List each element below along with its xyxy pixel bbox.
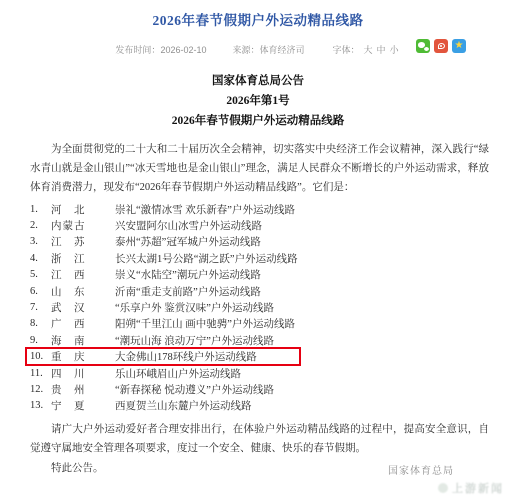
route-number: 5.	[30, 269, 51, 280]
route-number: 7.	[30, 302, 51, 313]
font-size-label: 字体：	[333, 45, 360, 55]
route-region: 江 苏	[51, 234, 97, 249]
routes-list: 1. 河 北 崇礼“激情冰雪 欢乐新春”户外运动线路 2. 内蒙古 兴安盟阿尔山…	[0, 197, 516, 414]
route-list-item: 4. 浙 江 长兴太湖1号公路“湖之跃”户外运动线路	[30, 250, 489, 266]
route-list-item: 6. 山 东 沂南“重走支前路”户外运动线路	[30, 283, 489, 299]
page-title: 2026年春节假期户外运动精品线路	[0, 0, 516, 29]
route-list-item: 11. 四 川 乐山环峨眉山户外运动线路	[30, 365, 489, 381]
font-size-small-button[interactable]: 小	[390, 45, 399, 55]
route-number: 1.	[30, 204, 51, 215]
route-name: 崇礼“激情冰雪 欢乐新春”户外运动线路	[115, 202, 295, 217]
route-name: 大金佛山178环线户外运动线路	[115, 349, 257, 364]
route-list-item: 8. 广 西 阳朔“千里江山 画中驰骋”户外运动线路	[30, 316, 489, 332]
weibo-share-icon[interactable]	[434, 39, 448, 53]
route-list-item: 9. 海 南 “潮玩山海 浪动万宁”户外运动线路	[30, 332, 489, 348]
announcement-number-line: 2026年第1号	[0, 91, 516, 111]
route-name: 长兴太湖1号公路“湖之跃”户外运动线路	[115, 251, 298, 266]
route-row-content: 3. 江 苏 泰州“苏超”冠军城户外运动线路	[30, 234, 261, 249]
intro-section: 为全面贯彻党的二十大和二十届历次全会精神，切实落实中央经济工作会议精神，深入践行…	[0, 140, 516, 197]
route-region: 内蒙古	[51, 218, 97, 233]
qzone-star-share-icon[interactable]: ★	[452, 39, 466, 53]
route-region: 浙 江	[51, 251, 97, 266]
font-size-medium-button[interactable]: 中	[377, 45, 386, 55]
route-region: 山 东	[51, 284, 97, 299]
route-region: 重 庆	[51, 349, 97, 364]
route-row-content: 10. 重 庆 大金佛山178环线户外运动线路	[25, 347, 301, 366]
route-list-item: 12. 贵 州 “新春探秘 悦动遵义”户外运动线路	[30, 381, 489, 397]
route-number: 8.	[30, 318, 51, 329]
route-name: “新春探秘 悦动遵义”户外运动线路	[115, 382, 274, 397]
font-size-large-button[interactable]: 大	[364, 45, 373, 55]
route-name: 兴安盟阿尔山冰雪户外运动线路	[115, 218, 262, 233]
route-list-item: 3. 江 苏 泰州“苏超”冠军城户外运动线路	[30, 234, 489, 250]
route-row-content: 11. 四 川 乐山环峨眉山户外运动线路	[30, 366, 241, 381]
font-size-control: 字体：大中小	[331, 43, 401, 56]
route-name: 沂南“重走支前路”户外运动线路	[115, 284, 261, 299]
announcement-org-line: 国家体育总局公告	[0, 71, 516, 91]
route-name: 阳朔“千里江山 画中驰骋”户外运动线路	[115, 316, 295, 331]
route-number: 3.	[30, 236, 51, 247]
source-value: 体育经济司	[260, 45, 305, 55]
publish-time: 发布时间：2026-02-10	[115, 43, 206, 56]
route-number: 9.	[30, 335, 51, 346]
article-page: 2026年春节假期户外运动精品线路 发布时间：2026-02-10 来源：体育经…	[0, 0, 516, 500]
route-region: 江 西	[51, 267, 97, 282]
route-number: 10.	[30, 351, 51, 362]
news-watermark: 上游新闻	[438, 480, 504, 496]
route-list-item: 5. 江 西 崇义“水陆空”潮玩户外运动线路	[30, 267, 489, 283]
share-toolbar: ★	[416, 39, 466, 53]
route-number: 6.	[30, 286, 51, 297]
route-row-content: 1. 河 北 崇礼“激情冰雪 欢乐新春”户外运动线路	[30, 202, 295, 217]
route-region: 武 汉	[51, 300, 97, 315]
route-name: 西夏贺兰山东麓户外运动线路	[115, 398, 252, 413]
route-row-content: 2. 内蒙古 兴安盟阿尔山冰雪户外运动线路	[30, 218, 262, 233]
route-number: 2.	[30, 220, 51, 231]
route-number: 11.	[30, 368, 51, 379]
announcement-headings: 国家体育总局公告 2026年第1号 2026年春节假期户外运动精品线路	[0, 71, 516, 131]
source: 来源：体育经济司	[232, 43, 304, 56]
route-name: “乐享户外 鉴赏汉味”户外运动线路	[115, 300, 274, 315]
route-number: 12.	[30, 384, 51, 395]
closing-paragraph: 请广大户外运动爱好者合理安排出行，在体验户外运动精品线路的过程中，提高安全意识，…	[30, 420, 489, 458]
route-row-content: 9. 海 南 “潮玩山海 浪动万宁”户外运动线路	[30, 333, 274, 348]
route-number: 4.	[30, 253, 51, 264]
intro-paragraph: 为全面贯彻党的二十大和二十届历次全会精神，切实落实中央经济工作会议精神，深入践行…	[30, 140, 489, 197]
route-name: 乐山环峨眉山户外运动线路	[115, 366, 241, 381]
route-region: 广 西	[51, 316, 97, 331]
route-row-content: 5. 江 西 崇义“水陆空”潮玩户外运动线路	[30, 267, 261, 282]
route-region: 贵 州	[51, 382, 97, 397]
route-list-item: 2. 内蒙古 兴安盟阿尔山冰雪户外运动线路	[30, 217, 489, 233]
announcement-title-line: 2026年春节假期户外运动精品线路	[0, 111, 516, 131]
route-row-content: 6. 山 东 沂南“重走支前路”户外运动线路	[30, 284, 261, 299]
route-region: 河 北	[51, 202, 97, 217]
route-row-content: 12. 贵 州 “新春探秘 悦动遵义”户外运动线路	[30, 382, 274, 397]
route-list-item: 10. 重 庆 大金佛山178环线户外运动线路	[30, 349, 489, 365]
route-row-content: 4. 浙 江 长兴太湖1号公路“湖之跃”户外运动线路	[30, 251, 298, 266]
route-region: 四 川	[51, 366, 97, 381]
route-row-content: 7. 武 汉 “乐享户外 鉴赏汉味”户外运动线路	[30, 300, 274, 315]
watermark-text: 上游新闻	[452, 483, 504, 495]
route-row-content: 8. 广 西 阳朔“千里江山 画中驰骋”户外运动线路	[30, 316, 295, 331]
route-region: 宁 夏	[51, 398, 97, 413]
chat-bubble-shape	[424, 47, 429, 51]
issuer-signature: 国家体育总局	[388, 462, 454, 477]
weibo-eye-shape	[438, 43, 445, 49]
route-list-item: 1. 河 北 崇礼“激情冰雪 欢乐新春”户外运动线路	[30, 201, 489, 217]
route-list-item: 7. 武 汉 “乐享户外 鉴赏汉味”户外运动线路	[30, 299, 489, 315]
route-region: 海 南	[51, 333, 97, 348]
publish-time-value: 2026-02-10	[160, 45, 206, 55]
source-label: 来源：	[232, 45, 259, 55]
route-name: 崇义“水陆空”潮玩户外运动线路	[115, 267, 261, 282]
route-name: “潮玩山海 浪动万宁”户外运动线路	[115, 333, 274, 348]
watermark-logo-icon	[438, 483, 448, 493]
meta-bar: 发布时间：2026-02-10 来源：体育经济司 字体：大中小 ★	[0, 41, 516, 57]
publish-time-label: 发布时间：	[115, 45, 160, 55]
route-row-content: 13. 宁 夏 西夏贺兰山东麓户外运动线路	[30, 398, 252, 413]
route-list-item: 13. 宁 夏 西夏贺兰山东麓户外运动线路	[30, 398, 489, 414]
route-number: 13.	[30, 400, 51, 411]
wechat-share-icon[interactable]	[416, 39, 430, 53]
route-name: 泰州“苏超”冠军城户外运动线路	[115, 234, 261, 249]
